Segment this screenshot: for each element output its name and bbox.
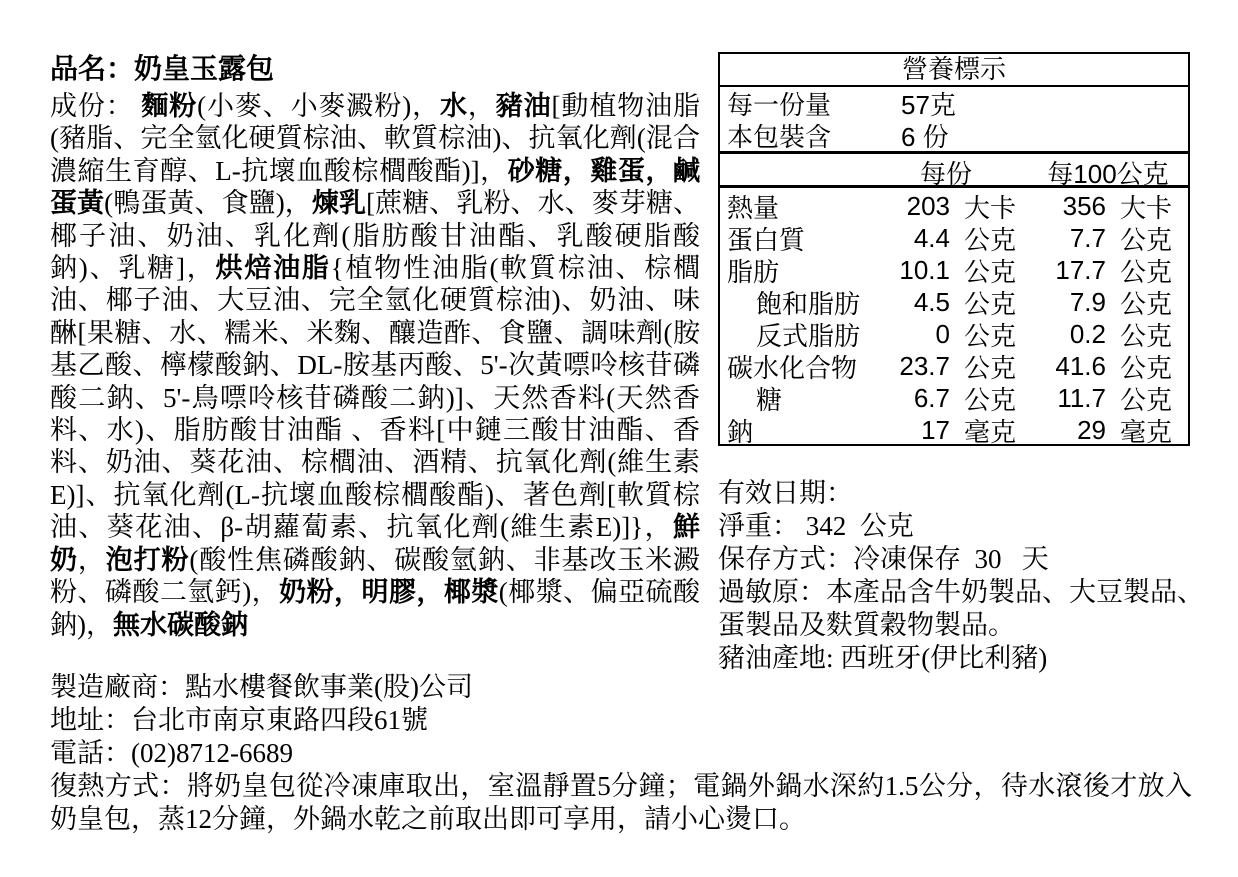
left-column: 品名：奶皇玉露包 成份： 麵粉(小麥、小麥澱粉)，水，豬油[動植物油脂(豬脂、完… <box>50 52 700 641</box>
product-name: 品名：奶皇玉露包 <box>50 52 700 88</box>
per-100g-value: 356 <box>1028 191 1106 222</box>
per-serving-value: 23.7 <box>864 351 950 382</box>
per-100g-value: 29 <box>1028 415 1106 446</box>
per-100g-value: 7.9 <box>1028 287 1106 318</box>
nutrition-table-title: 營養標示 <box>720 54 1188 87</box>
nutrition-row: 熱量 203 大卡 356 大卡 <box>720 188 1188 220</box>
nutrient-name: 鈉 <box>720 412 864 449</box>
expiry-date-line: 有效日期： <box>718 477 1210 510</box>
nutrition-row: 反式脂肪 0 公克 0.2 公克 <box>720 316 1188 348</box>
allergen-line: 過敏原：本產品含牛奶製品、大豆製品、蛋製品及麩質穀物製品。 <box>718 576 1210 642</box>
per-serving-unit: 毫克 <box>950 412 1028 449</box>
ingredients-paragraph: 成份： 麵粉(小麥、小麥澱粉)，水，豬油[動植物油脂(豬脂、完全氫化硬質棕油、軟… <box>50 90 700 641</box>
address-line: 地址：台北市南京東路四段61號 <box>50 704 1200 737</box>
nutrition-row: 糖 6.7 公克 11.7 公克 <box>720 380 1188 412</box>
nutrition-row: 脂肪 10.1 公克 17.7 公克 <box>720 252 1188 284</box>
serving-size-row: 每一份量 57克 <box>720 87 1188 119</box>
per-100g-header: 每100公克 <box>1028 154 1188 191</box>
per-100g-unit: 毫克 <box>1106 412 1188 449</box>
nutrition-row: 蛋白質 4.4 公克 7.7 公克 <box>720 220 1188 252</box>
per-serving-value: 17 <box>864 415 950 446</box>
per-serving-header: 每份 <box>864 154 1028 191</box>
per-serving-value: 10.1 <box>864 255 950 286</box>
manufacturer-line: 製造廠商：點水樓餐飲事業(股)公司 <box>50 671 1200 704</box>
per-100g-value: 41.6 <box>1028 351 1106 382</box>
per-serving-value: 0 <box>864 319 950 350</box>
per-100g-value: 17.7 <box>1028 255 1106 286</box>
manufacturer-block: 製造廠商：點水樓餐飲事業(股)公司 地址：台北市南京東路四段61號 電話：(02… <box>50 671 1200 770</box>
nutrition-row: 碳水化合物 23.7 公克 41.6 公克 <box>720 348 1188 380</box>
nutrition-table: 營養標示 每一份量 57克 本包裝含 6 份 每份 每100公克 熱量 203 … <box>718 52 1190 446</box>
reheat-instructions: 復熱方式：將奶皇包從冷凍庫取出，室溫靜置5分鐘；電鍋外鍋水深約1.5公分，待水滾… <box>50 770 1192 836</box>
per-100g-value: 7.7 <box>1028 223 1106 254</box>
nutrition-rows: 熱量 203 大卡 356 大卡 蛋白質 4.4 公克 7.7 公克 脂肪 10 <box>720 188 1188 444</box>
nutrition-row: 飽和脂肪 4.5 公克 7.9 公克 <box>720 284 1188 316</box>
per-serving-value: 4.4 <box>864 223 950 254</box>
per-serving-value: 4.5 <box>864 287 950 318</box>
per-serving-value: 203 <box>864 191 950 222</box>
servings-per-pack-label: 本包裝含 <box>720 117 899 154</box>
net-weight-line: 淨重： 342 公克 <box>718 510 1210 543</box>
per-serving-value: 6.7 <box>864 383 950 414</box>
storage-line: 保存方式：冷凍保存 30 天 <box>718 543 1210 576</box>
servings-per-pack-value: 6 份 <box>899 117 949 154</box>
product-info-block: 有效日期： 淨重： 342 公克 保存方式：冷凍保存 30 天 過敏原：本產品含… <box>718 477 1210 675</box>
product-label-page: 品名：奶皇玉露包 成份： 麵粉(小麥、小麥澱粉)，水，豬油[動植物油脂(豬脂、完… <box>0 0 1238 877</box>
per-100g-value: 0.2 <box>1028 319 1106 350</box>
nutrition-row: 鈉 17 毫克 29 毫克 <box>720 412 1188 444</box>
servings-per-pack-row: 本包裝含 6 份 <box>720 119 1188 154</box>
nutrition-column-headers: 每份 每100公克 <box>720 154 1188 188</box>
per-100g-value: 11.7 <box>1028 383 1106 414</box>
phone-line: 電話：(02)8712-6689 <box>50 737 1200 770</box>
